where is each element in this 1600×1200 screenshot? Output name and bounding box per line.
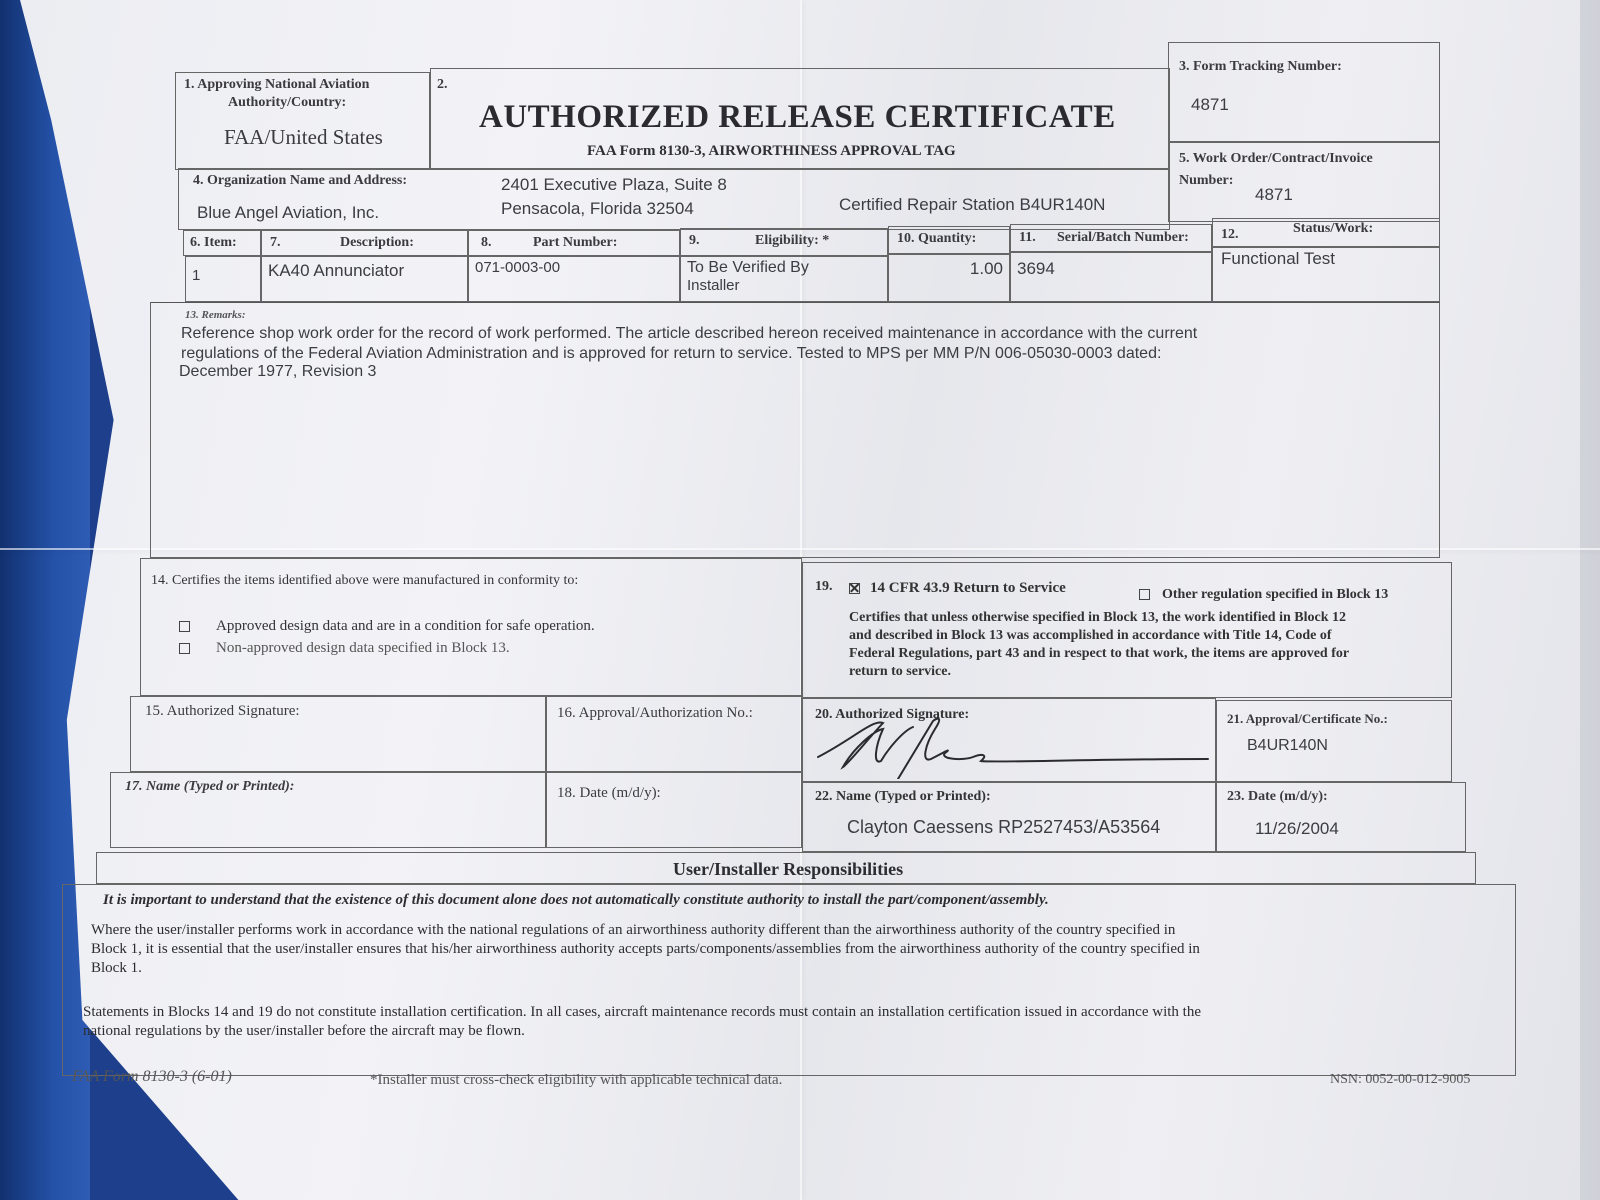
responsibilities-para-3: Statements in Blocks 14 and 19 do not co… [83,1003,1201,1041]
header-part-number-label: Part Number: [533,235,617,251]
block-19-line-4: return to service. [849,663,1349,681]
cell-quantity: 1.00 [888,254,1010,302]
responsibilities-para-3-line-1: Statements in Blocks 14 and 19 do not co… [83,1003,1201,1022]
block-13: 13. Remarks: Reference shop work order f… [150,302,1440,558]
block-15: 15. Authorized Signature: [130,696,546,772]
return-to-service-label: 14 CFR 43.9 Return to Service [870,580,1066,596]
cell-description: KA40 Annunciator [261,256,468,302]
block-3-label: 3. Form Tracking Number: [1179,59,1342,75]
address-line-1: 2401 Executive Plaza, Suite 8 [501,175,727,195]
approved-design-label: Approved design data and are in a condit… [216,618,595,634]
block-23-label: 23. Date (m/d/y): [1227,789,1328,805]
block-4: 4. Organization Name and Address: Blue A… [178,168,1170,230]
block-14: 14. Certifies the items identified above… [140,558,802,696]
item-number: 1 [192,267,200,284]
cell-item: 1 [185,256,261,302]
block-19-line-3: Federal Regulations, part 43 and in resp… [849,645,1349,663]
block-2-label: 2. [437,77,448,93]
block-1-label: Authority/Country: [228,95,346,111]
block-19-label: 19. [815,579,833,595]
block-19-statement: Certifies that unless otherwise specifie… [849,609,1349,681]
block-19-line-2: and described in Block 13 was accomplish… [849,627,1349,645]
responsibilities-para-3-line-2: national regulations by the user/install… [83,1022,1201,1041]
header-status-number: 12. [1221,227,1239,243]
remarks-line-2: regulations of the Federal Aviation Admi… [181,345,1161,363]
header-status: 12. Status/Work: [1212,218,1440,248]
address-line-2: Pensacola, Florida 32504 [501,199,694,219]
block-18-label: 18. Date (m/d/y): [557,785,661,802]
quantity: 1.00 [970,259,1003,279]
block-15-label: 15. Authorized Signature: [145,703,300,720]
block-21-label: 21. Approval/Certificate No.: [1227,711,1388,727]
organization-name: Blue Angel Aviation, Inc. [197,203,379,223]
return-to-service-checkbox[interactable] [849,583,860,594]
header-description-label: Description: [340,235,414,251]
responsibilities-heading: User/Installer Responsibilities [673,859,903,880]
header-eligibility-number: 9. [689,233,700,249]
header-item-label: 6. Item: [190,235,237,251]
remarks-line-1: Reference shop work order for the record… [181,325,1197,343]
header-description-number: 7. [270,235,281,251]
header-serial-label: Serial/Batch Number: [1057,230,1189,246]
return-to-service-option[interactable]: 14 CFR 43.9 Return to Service [849,579,1066,597]
nsn-number: NSN: 0052-00-012-9005 [1330,1072,1470,1088]
block-2: 2. AUTHORIZED RELEASE CERTIFICATE FAA Fo… [430,68,1170,170]
block-19: 19. 14 CFR 43.9 Return to Service Other … [802,562,1452,698]
responsibilities-para-2-line-2: Block 1, it is essential that the user/i… [91,940,1200,959]
block-14-label: 14. Certifies the items identified above… [151,573,578,589]
block-16-label: 16. Approval/Authorization No.: [557,705,753,722]
block-13-label: 13. Remarks: [185,309,246,321]
header-serial-number: 11. [1019,230,1036,246]
block-5: 5. Work Order/Contract/Invoice Number: 4… [1168,142,1440,222]
header-item: 6. Item: [183,230,261,256]
block-1-label: 1. Approving National Aviation [184,77,369,93]
other-regulation-option[interactable]: Other regulation specified in Block 13 [1139,585,1388,603]
header-description: 7. Description: [261,230,468,256]
authorized-signature-field-15[interactable] [145,727,525,763]
approval-certificate-number: B4UR140N [1247,737,1328,755]
header-part-number: 8. Part Number: [468,230,680,256]
cell-part-number: 071-0003-00 [468,256,680,302]
header-eligibility-label: Eligibility: * [755,233,829,249]
block-16: 16. Approval/Authorization No.: [546,696,802,772]
block-20: 20. Authorized Signature: [802,698,1216,782]
responsibilities-para-2: Where the user/installer performs work i… [91,921,1200,978]
header-part-number-number: 8. [481,235,492,251]
responsibilities-para-2-line-1: Where the user/installer performs work i… [91,921,1200,940]
approved-design-option[interactable]: Approved design data and are in a condit… [179,617,595,635]
serial-number: 3694 [1017,259,1055,279]
responsibilities-body: It is important to understand that the e… [62,884,1516,1076]
header-eligibility: 9. Eligibility: * [680,228,888,256]
page-subtitle: FAA Form 8130-3, AIRWORTHINESS APPROVAL … [587,143,956,160]
form-id: FAA Form 8130-3 (6-01) [72,1068,232,1086]
block-23: 23. Date (m/d/y): 11/26/2004 [1216,782,1466,852]
part-number: 071-0003-00 [475,259,560,276]
block-1: 1. Approving National Aviation Authority… [175,72,430,170]
header-serial: 11. Serial/Batch Number: [1010,224,1212,252]
block-17-label: 17. Name (Typed or Printed): [125,779,294,795]
responsibilities-para-1-text: It is important to understand that the e… [103,892,1049,908]
non-approved-design-checkbox[interactable] [179,643,190,654]
header-quantity-label: 10. Quantity: [897,231,976,247]
block-5-label: Number: [1179,173,1233,189]
status-work: Functional Test [1221,249,1335,269]
cell-eligibility: To Be Verified By Installer [680,256,888,302]
block-22-label: 22. Name (Typed or Printed): [815,789,991,805]
block-5-label: 5. Work Order/Contract/Invoice [1179,151,1373,167]
remarks-line-3: December 1977, Revision 3 [179,363,376,381]
block-3: 3. Form Tracking Number: 4871 [1168,42,1440,142]
cell-status: Functional Test [1212,246,1440,302]
work-order-number: 4871 [1255,185,1293,205]
responsibilities-header: User/Installer Responsibilities [96,852,1476,884]
approving-authority: FAA/United States [224,125,383,150]
responsibilities-para-1: It is important to understand that the e… [103,891,1049,910]
header-quantity: 10. Quantity: [888,226,1010,254]
block-18: 18. Date (m/d/y): [546,772,802,848]
page-title: AUTHORIZED RELEASE CERTIFICATE [479,99,1116,136]
header-status-label: Status/Work: [1293,221,1373,237]
eligibility-line-2: Installer [687,277,740,294]
non-approved-design-label: Non-approved design data specified in Bl… [216,640,510,656]
item-description: KA40 Annunciator [268,261,404,281]
approved-design-checkbox[interactable] [179,621,190,632]
block-21: 21. Approval/Certificate No.: B4UR140N [1216,700,1452,782]
signature-icon [813,709,1213,779]
block-4-label: 4. Organization Name and Address: [193,173,407,189]
responsibilities-para-2-line-3: Block 1. [91,959,1200,978]
signer-name: Clayton Caessens RP2527453/A53564 [847,817,1160,838]
block-17: 17. Name (Typed or Printed): [110,772,546,848]
cell-serial: 3694 [1010,252,1212,302]
non-approved-design-option[interactable]: Non-approved design data specified in Bl… [179,639,510,657]
eligibility-line-1: To Be Verified By [687,259,809,277]
form-tracking-number: 4871 [1191,95,1229,115]
eligibility-note: *Installer must cross-check eligibility … [370,1072,782,1089]
certification-date: 11/26/2004 [1255,819,1339,839]
block-22: 22. Name (Typed or Printed): Clayton Cae… [802,782,1216,852]
other-regulation-checkbox[interactable] [1139,589,1150,600]
repair-station: Certified Repair Station B4UR140N [839,195,1105,215]
block-19-line-1: Certifies that unless otherwise specifie… [849,609,1349,627]
other-regulation-label: Other regulation specified in Block 13 [1162,587,1388,602]
